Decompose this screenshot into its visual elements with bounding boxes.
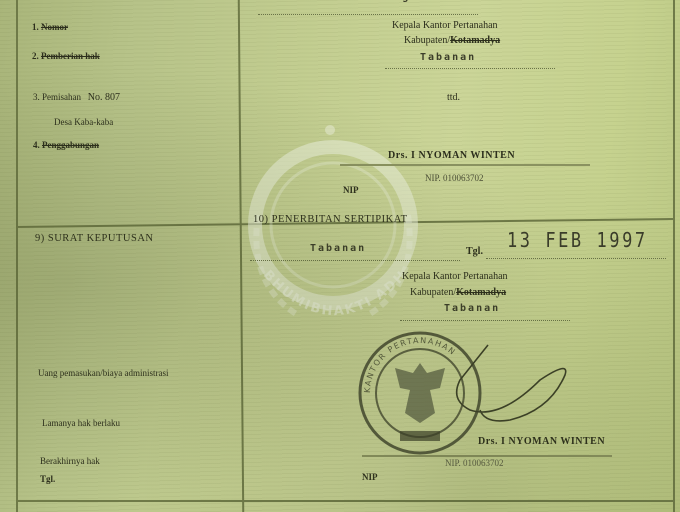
- signature-line-bottom: [362, 455, 612, 457]
- item-number: 2.: [32, 51, 39, 61]
- item-3: 3. Pemisahan No. 807: [33, 92, 120, 103]
- left-margin-rule: [16, 0, 18, 512]
- item-label: Nomor: [41, 22, 68, 32]
- item-label: Pemberian hak: [41, 51, 100, 61]
- item-3-village: Desa Kaba-kaba: [54, 117, 113, 127]
- ttd-mark: ttd.: [447, 92, 460, 103]
- office-line-1: Kepala Kantor Pertanahan: [392, 20, 498, 31]
- office-line-2: Kabupaten/Kotamadya: [404, 35, 500, 46]
- official-name-bottom: Drs. I NYOMAN WINTEN: [478, 436, 605, 447]
- place-dotted-line: [385, 68, 555, 69]
- item-number: 3.: [33, 92, 40, 102]
- place-dotted-line-bottom: [250, 260, 460, 261]
- office-kabupaten: Kabupaten/: [410, 287, 456, 298]
- place2-bottom: Tabanan: [444, 303, 500, 314]
- uang-pemasukan-label: Uang pemasukan/biaya administrasi: [38, 368, 168, 378]
- date-dotted-line: [486, 258, 666, 259]
- item-label: Pemisahan: [42, 92, 81, 102]
- office-line-1-bottom: Kepala Kantor Pertanahan: [402, 271, 508, 282]
- item-number: 1.: [32, 22, 39, 32]
- berakhirnya-hak-label: Berakhirnya hak: [40, 456, 100, 466]
- top-partial-text: Tabanan ... tgl.: [298, 0, 426, 3]
- date-stamp: 13 FEB 1997: [507, 228, 648, 252]
- signature-line-top: [340, 164, 590, 166]
- garuda-emblem-icon: [395, 363, 445, 423]
- nip-label-bottom: NIP: [362, 472, 378, 482]
- surat-keputusan-heading: 9) SURAT KEPUTUSAN: [35, 233, 154, 244]
- place-top: Tabanan: [420, 52, 476, 63]
- item-value: No. 807: [88, 92, 120, 103]
- item-2: 2. Pemberian hak: [32, 51, 100, 61]
- place-bottom: Tabanan: [310, 243, 366, 254]
- lamanya-hak-label: Lamanya hak berlaku: [42, 418, 120, 428]
- signature: [440, 340, 580, 430]
- office-kotamadya-struck: Kotamadya: [450, 35, 500, 46]
- item-label: Penggabungan: [42, 140, 99, 150]
- tgl-label-bottom: Tgl.: [466, 246, 483, 257]
- official-name-top: Drs. I NYOMAN WINTEN: [388, 150, 515, 161]
- office-kotamadya-struck: Kotamadya: [456, 287, 506, 298]
- top-dotted-line: [258, 14, 478, 15]
- place2-dotted-line: [400, 320, 570, 321]
- penerbitan-heading: 10) PENERBITAN SERTIPIKAT: [253, 214, 408, 225]
- bottom-rule: [16, 500, 673, 502]
- right-margin-rule: [673, 0, 675, 512]
- item-1: 1. Nomor: [32, 22, 68, 32]
- nip-value-top: NIP. 010063702: [425, 173, 484, 183]
- office-kabupaten: Kabupaten/: [404, 35, 450, 46]
- nip-label-top: NIP: [343, 185, 359, 195]
- nip-value-bottom: NIP. 010063702: [445, 458, 504, 468]
- item-number: 4.: [33, 140, 40, 150]
- item-4: 4. Penggabungan: [33, 140, 99, 150]
- tgl-label: Tgl.: [40, 474, 55, 484]
- office-line-2-bottom: Kabupaten/Kotamadya: [410, 287, 506, 298]
